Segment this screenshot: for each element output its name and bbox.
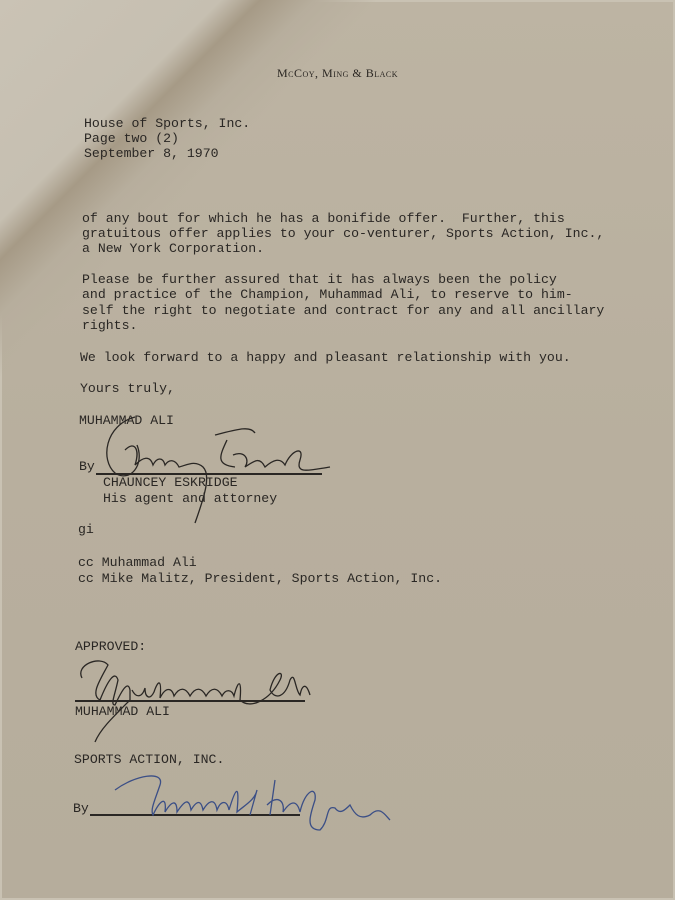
- cc-line: cc Mike Malitz, President, Sports Action…: [78, 571, 442, 586]
- by-label: By: [79, 459, 95, 474]
- paragraph-1-line: a New York Corporation.: [82, 241, 264, 256]
- company-by-label: By: [73, 801, 89, 816]
- ali-signature-icon: [70, 650, 330, 745]
- approved-label: APPROVED:: [75, 639, 146, 654]
- approval-signature-line: [75, 700, 305, 702]
- letter-page: McCoy, Ming & Black House of Sports, Inc…: [0, 0, 675, 900]
- company-name: SPORTS ACTION, INC.: [74, 752, 224, 767]
- paragraph-3: We look forward to a happy and pleasant …: [80, 350, 571, 365]
- agent-title: His agent and attorney: [103, 491, 277, 506]
- signatory-name: MUHAMMAD ALI: [79, 413, 174, 428]
- paragraph-2-line: self the right to negotiate and contract…: [82, 303, 604, 318]
- company-signature-line: [90, 814, 300, 816]
- paragraph-2-line: rights.: [82, 318, 137, 333]
- paragraph-2-line: and practice of the Champion, Muhammad A…: [82, 287, 573, 302]
- malitz-signature-icon: [105, 760, 405, 840]
- letterhead: McCoy, Ming & Black: [0, 66, 675, 81]
- paragraph-1-line: of any bout for which he has a bonifide …: [82, 211, 565, 226]
- paragraph-2-line: Please be further assured that it has al…: [82, 272, 557, 287]
- recipient: House of Sports, Inc.: [84, 116, 250, 131]
- letter-date: September 8, 1970: [84, 146, 219, 161]
- page-number: Page two (2): [84, 131, 179, 146]
- salutation: Yours truly,: [80, 381, 175, 396]
- agent-name: CHAUNCEY ESKRIDGE: [103, 475, 238, 490]
- paragraph-1-line: gratuitous offer applies to your co-vent…: [82, 226, 604, 241]
- approver-name: MUHAMMAD ALI: [75, 704, 170, 719]
- typist-initials: gi: [78, 522, 94, 537]
- cc-line: cc Muhammad Ali: [78, 555, 197, 570]
